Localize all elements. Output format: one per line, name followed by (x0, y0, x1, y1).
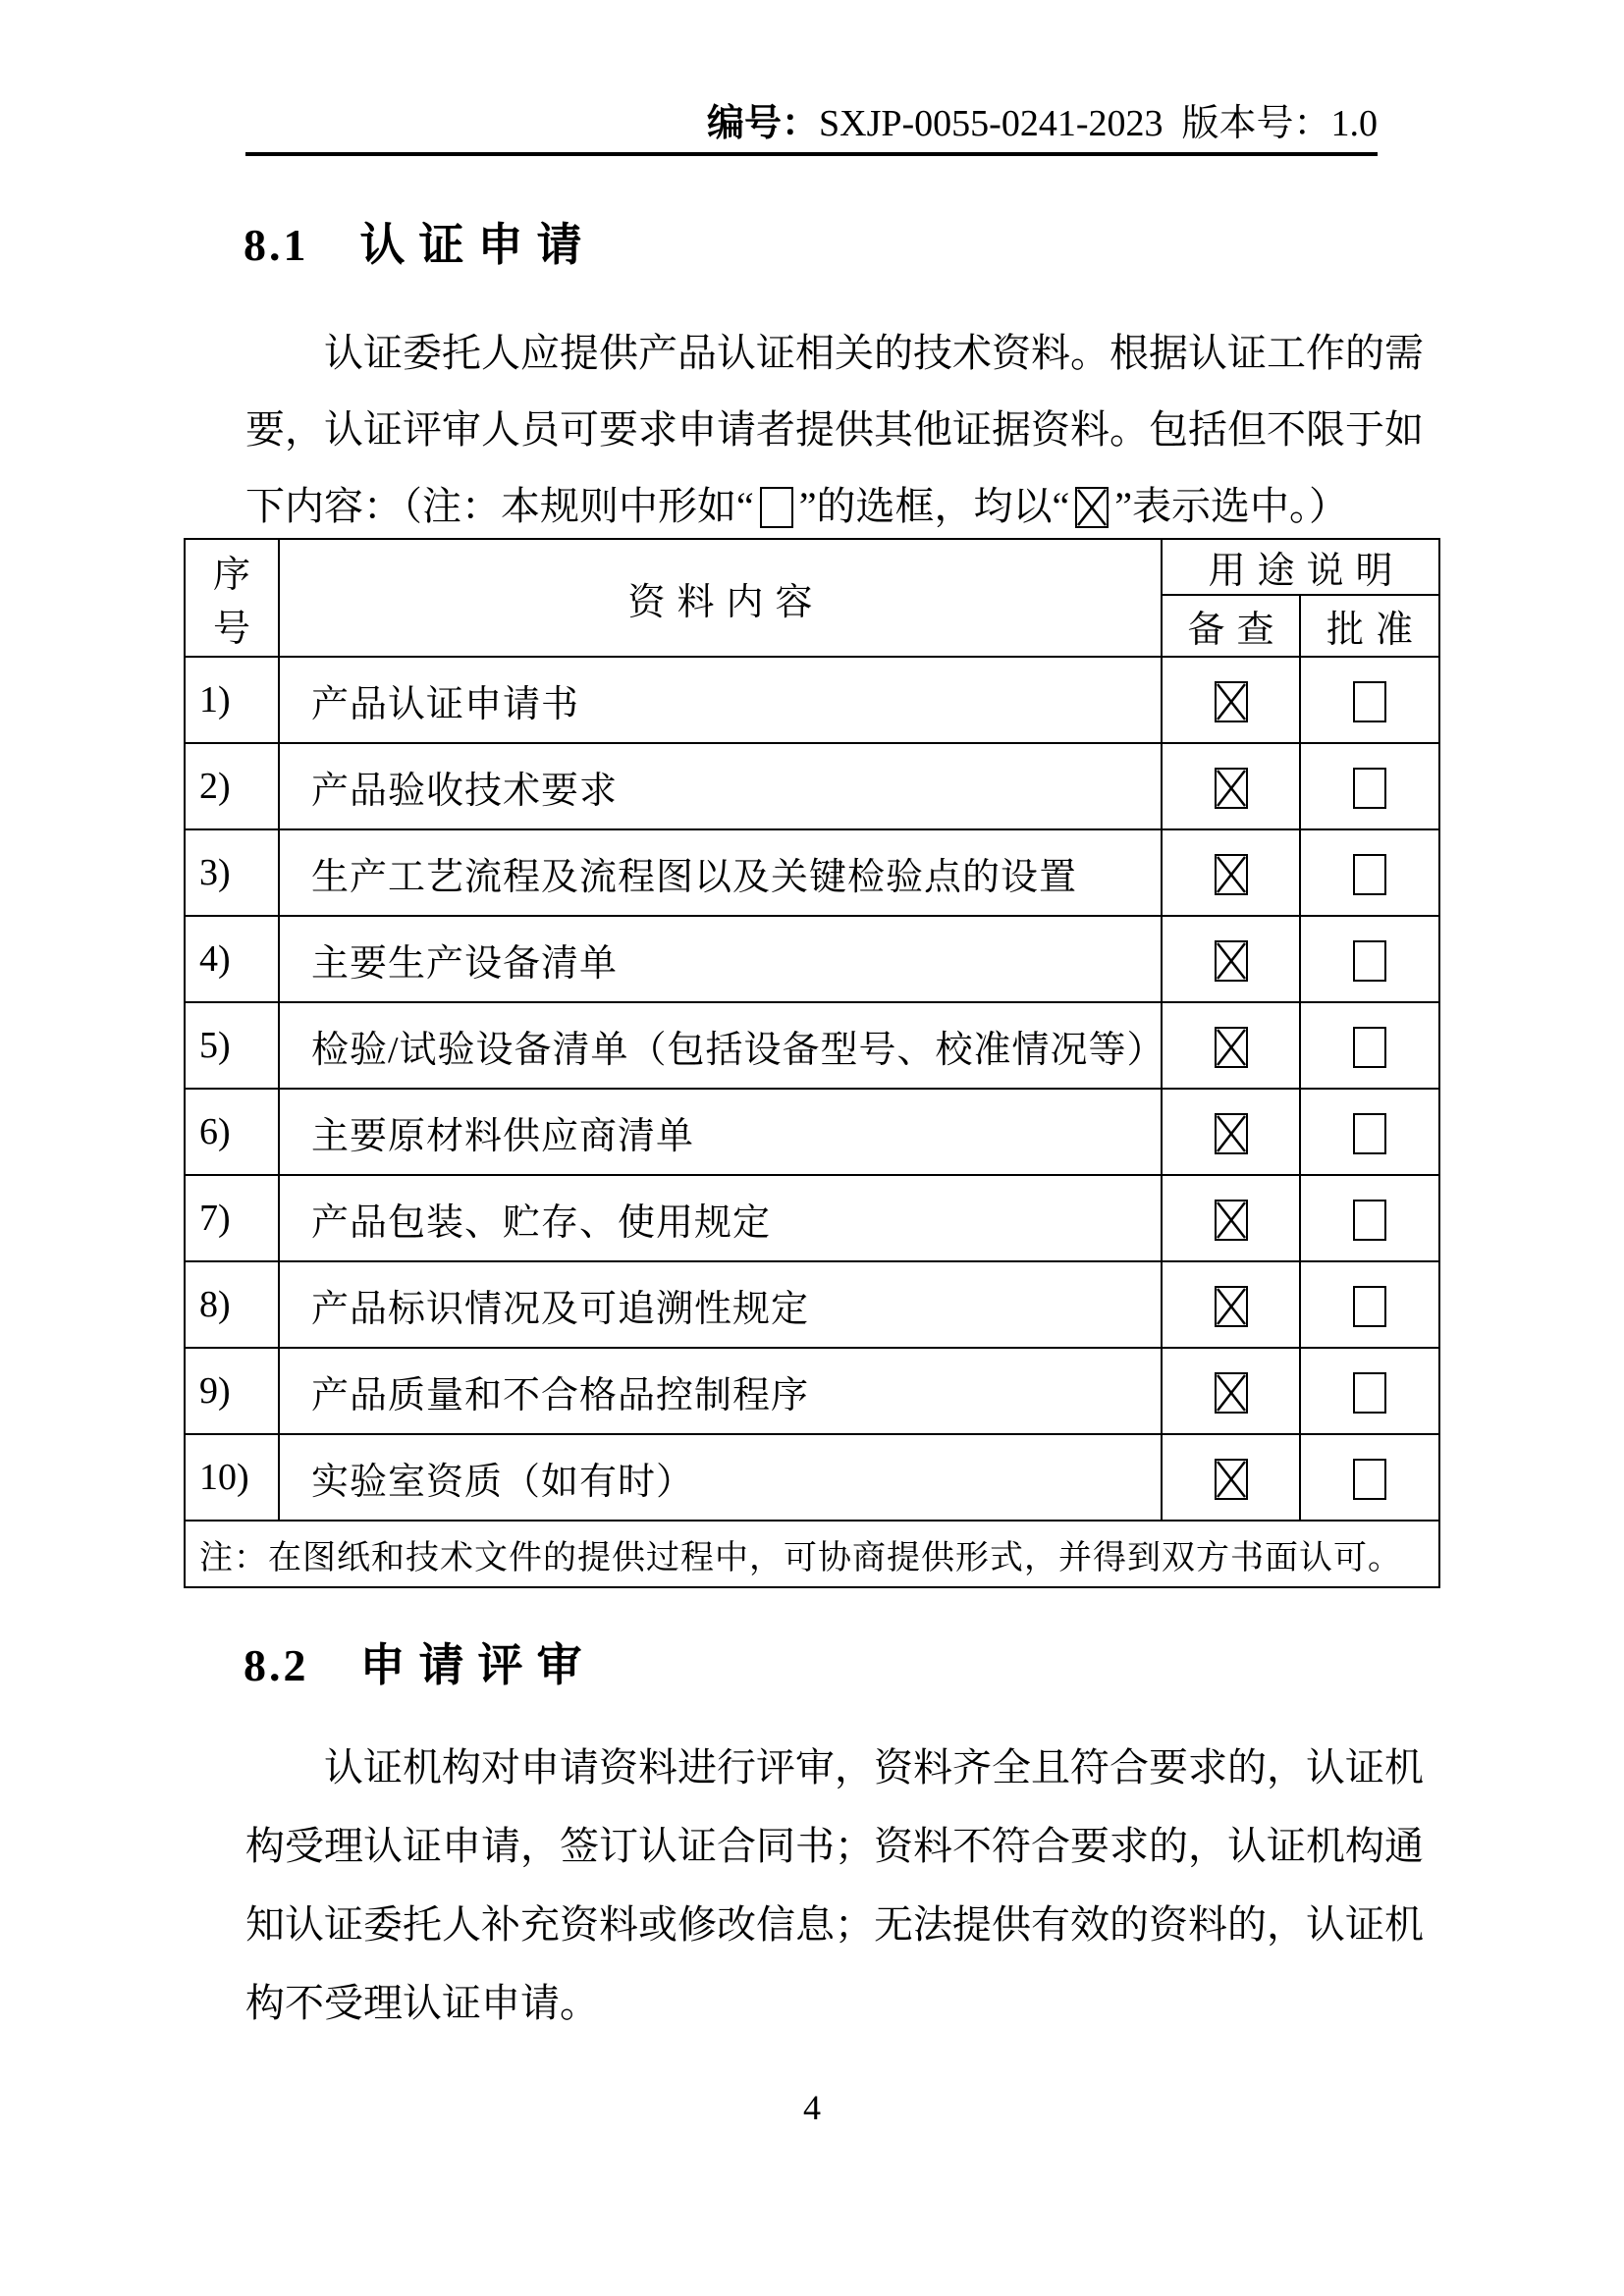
paragraph-line-checkbox-legend: 下内容：（注：本规则中形如“”的选框，均以“”表示选中。） (245, 468, 1561, 545)
checkbox-unchecked-icon (1353, 1200, 1386, 1241)
header-col-check: 备查 (1162, 595, 1300, 657)
row-content: 产品标识情况及可追溯性规定 (279, 1261, 1162, 1348)
header-spacer (1163, 103, 1181, 144)
legend-text-pre: 下内容：（注：本规则中形如“ (245, 484, 754, 528)
checkbox-checked-icon (1215, 1200, 1248, 1241)
table-row: 9)产品质量和不合格品控制程序 (185, 1348, 1439, 1434)
row-number: 2) (185, 743, 279, 829)
section-8-2-number: 8.2 (244, 1640, 309, 1690)
checkbox-unchecked-icon (1353, 940, 1386, 982)
row-approve-cell (1300, 1175, 1439, 1261)
checkbox-checked-icon (1215, 940, 1248, 982)
section-8-1-heading: 8.1认证申请 (244, 220, 596, 270)
row-number: 8) (185, 1261, 279, 1348)
row-content: 主要生产设备清单 (279, 916, 1162, 1002)
paragraph-line: 要，认证评审人员可要求申请者提供其他证据资料。包括但不限于如 (245, 392, 1561, 468)
table-row: 7)产品包装、贮存、使用规定 (185, 1175, 1439, 1261)
paragraph-line: 认证委托人应提供产品认证相关的技术资料。根据认证工作的需 (245, 315, 1561, 392)
row-check-cell (1162, 829, 1300, 916)
row-check-cell (1162, 1002, 1300, 1089)
section-8-1-paragraph: 认证委托人应提供产品认证相关的技术资料。根据认证工作的需 要，认证评审人员可要求… (245, 315, 1561, 545)
row-approve-cell (1300, 657, 1439, 743)
row-check-cell (1162, 1434, 1300, 1521)
checkbox-checked-icon (1215, 1113, 1248, 1154)
row-approve-cell (1300, 1348, 1439, 1434)
row-content: 产品认证申请书 (279, 657, 1162, 743)
table-row: 10)实验室资质（如有时） (185, 1434, 1439, 1521)
checkbox-unchecked-icon (1353, 1286, 1386, 1327)
checkbox-checked-icon (1215, 1027, 1248, 1068)
materials-table: 序号 资料内容 用途说明 备查 批准 1)产品认证申请书2)产品验收技术要求3)… (184, 538, 1440, 1588)
checkbox-unchecked-icon (1353, 854, 1386, 895)
header-col-no: 序号 (185, 539, 279, 657)
row-check-cell (1162, 1348, 1300, 1434)
row-number: 4) (185, 916, 279, 1002)
row-content: 生产工艺流程及流程图以及关键检验点的设置 (279, 829, 1162, 916)
row-number: 7) (185, 1175, 279, 1261)
row-approve-cell (1300, 1002, 1439, 1089)
table-row: 2)产品验收技术要求 (185, 743, 1439, 829)
paragraph-line: 构不受理认证申请。 (245, 1964, 1561, 2043)
checkbox-checked-icon (1215, 681, 1248, 722)
section-8-2-heading: 8.2申请评审 (244, 1640, 596, 1690)
checkbox-unchecked-icon (1353, 1459, 1386, 1500)
section-8-1-title: 认证申请 (360, 219, 596, 270)
paragraph-line: 构受理认证申请，签订认证合同书；资料不符合要求的，认证机构通 (245, 1807, 1561, 1886)
row-number: 3) (185, 829, 279, 916)
table-note-row: 注：在图纸和技术文件的提供过程中，可协商提供形式，并得到双方书面认可。 (185, 1521, 1439, 1587)
document-header: 编号：SXJP-0055-0241-2023 版本号：1.0 (0, 100, 1378, 147)
row-content: 检验/试验设备清单（包括设备型号、校准情况等） (279, 1002, 1162, 1089)
row-approve-cell (1300, 1434, 1439, 1521)
row-check-cell (1162, 743, 1300, 829)
checkbox-checked-icon (1215, 1372, 1248, 1414)
header-rule (245, 152, 1378, 156)
checkbox-unchecked-icon (1353, 1372, 1386, 1414)
row-check-cell (1162, 916, 1300, 1002)
checkbox-checked-icon (1215, 1286, 1248, 1327)
table-row: 4)主要生产设备清单 (185, 916, 1439, 1002)
paragraph-line: 认证机构对申请资料进行评审，资料齐全且符合要求的，认证机 (245, 1729, 1561, 1807)
row-content: 产品包装、贮存、使用规定 (279, 1175, 1162, 1261)
paragraph-line: 知认证委托人补充资料或修改信息；无法提供有效的资料的，认证机 (245, 1886, 1561, 1964)
row-approve-cell (1300, 1261, 1439, 1348)
checkbox-unchecked-icon (1353, 681, 1386, 722)
row-number: 9) (185, 1348, 279, 1434)
row-approve-cell (1300, 1089, 1439, 1175)
row-number: 5) (185, 1002, 279, 1089)
table-row: 8)产品标识情况及可追溯性规定 (185, 1261, 1439, 1348)
checkbox-unchecked-icon (1353, 1027, 1386, 1068)
section-8-1-number: 8.1 (244, 220, 309, 270)
table-row: 5)检验/试验设备清单（包括设备型号、校准情况等） (185, 1002, 1439, 1089)
header-col-content: 资料内容 (279, 539, 1162, 657)
row-content: 实验室资质（如有时） (279, 1434, 1162, 1521)
row-content: 主要原材料供应商清单 (279, 1089, 1162, 1175)
checkbox-unchecked-icon (760, 487, 793, 528)
row-approve-cell (1300, 829, 1439, 916)
row-number: 1) (185, 657, 279, 743)
section-8-2-paragraph: 认证机构对申请资料进行评审，资料齐全且符合要求的，认证机 构受理认证申请，签订认… (245, 1729, 1561, 2043)
row-content: 产品质量和不合格品控制程序 (279, 1348, 1162, 1434)
legend-text-post: ”表示选中。） (1114, 484, 1348, 528)
header-col-approve: 批准 (1300, 595, 1439, 657)
checkbox-checked-icon (1215, 854, 1248, 895)
checkbox-unchecked-icon (1353, 1113, 1386, 1154)
row-number: 6) (185, 1089, 279, 1175)
row-check-cell (1162, 1089, 1300, 1175)
row-content: 产品验收技术要求 (279, 743, 1162, 829)
row-approve-cell (1300, 743, 1439, 829)
row-number: 10) (185, 1434, 279, 1521)
row-check-cell (1162, 657, 1300, 743)
row-check-cell (1162, 1175, 1300, 1261)
document-page: 编号：SXJP-0055-0241-2023 版本号：1.0 8.1认证申请 认… (0, 0, 1624, 2296)
table-row: 3)生产工艺流程及流程图以及关键检验点的设置 (185, 829, 1439, 916)
checkbox-unchecked-icon (1353, 768, 1386, 809)
header-col-usage: 用途说明 (1162, 539, 1439, 595)
legend-text-mid: ”的选框，均以“ (799, 484, 1070, 528)
section-8-2-title: 申请评审 (360, 1639, 596, 1690)
table-note: 注：在图纸和技术文件的提供过程中，可协商提供形式，并得到双方书面认可。 (185, 1521, 1439, 1587)
table-row: 6)主要原材料供应商清单 (185, 1089, 1439, 1175)
checkbox-checked-icon (1215, 768, 1248, 809)
table-row: 1)产品认证申请书 (185, 657, 1439, 743)
checkbox-checked-icon (1075, 487, 1109, 528)
table-header-row: 序号 资料内容 用途说明 (185, 539, 1439, 595)
row-check-cell (1162, 1261, 1300, 1348)
doc-number-value: SXJP-0055-0241-2023 (819, 103, 1163, 144)
version-label: 版本号： (1181, 103, 1330, 144)
row-approve-cell (1300, 916, 1439, 1002)
doc-number-label: 编号： (707, 103, 819, 144)
version-value: 1.0 (1331, 103, 1379, 144)
checkbox-checked-icon (1215, 1459, 1248, 1500)
page-number: 4 (0, 2087, 1624, 2128)
